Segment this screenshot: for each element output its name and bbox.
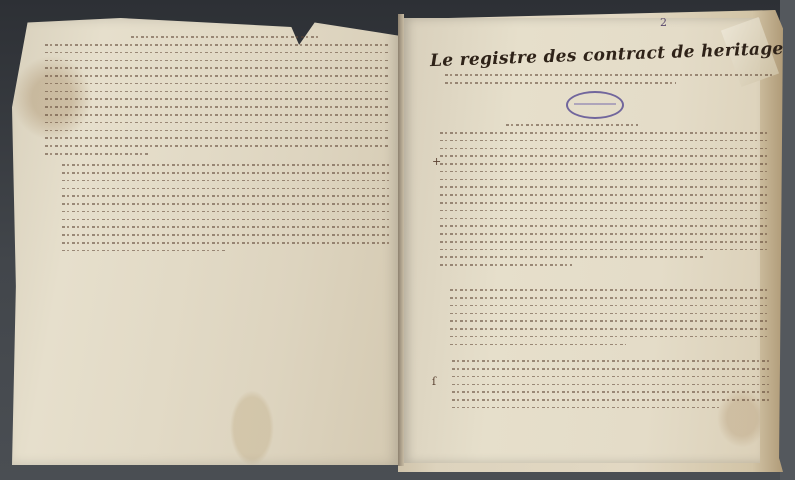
page-number: 2 (660, 16, 667, 29)
right-text-block-2 (450, 283, 770, 351)
right-text-block-3 (452, 354, 770, 415)
library-stamp (566, 91, 624, 119)
margin-mark: ſ (432, 375, 436, 388)
book-gutter (398, 14, 404, 466)
left-text-block-2 (62, 158, 392, 258)
margin-mark: + (432, 155, 441, 168)
left-text-block-1 (45, 30, 390, 161)
right-text-block-1 (440, 118, 770, 272)
right-heading-subtext (445, 68, 775, 90)
